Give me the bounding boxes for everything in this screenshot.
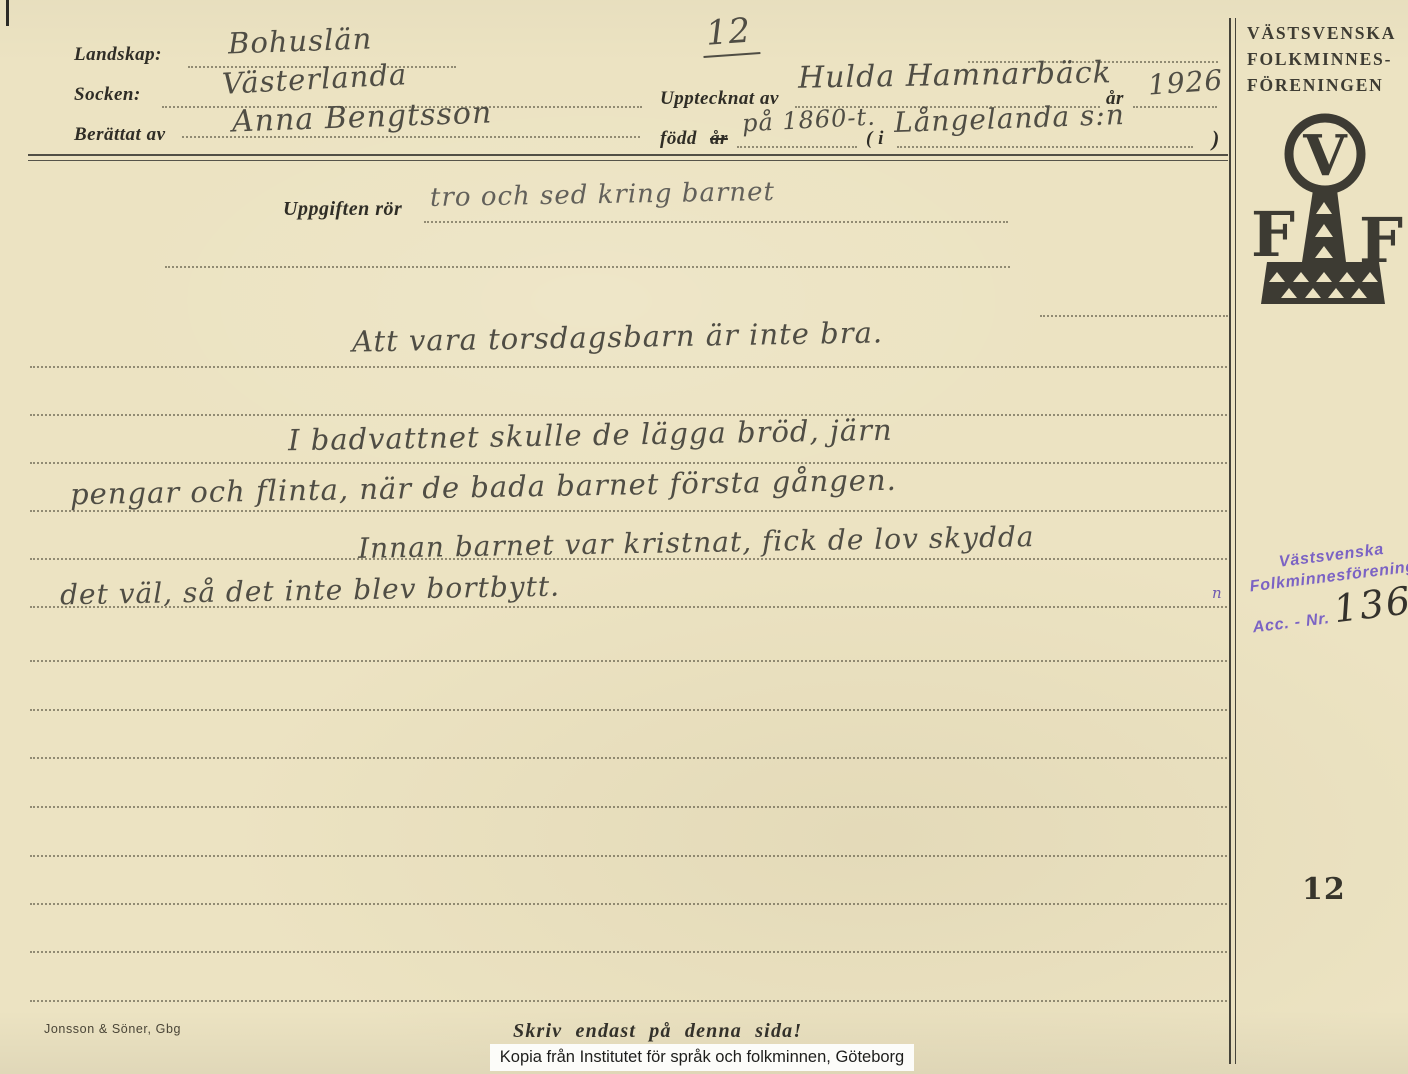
- margin-divider-rule: [1229, 18, 1236, 1064]
- ar-value-handwriting: 1926: [1147, 63, 1224, 101]
- copy-note-strip: Kopia från Institutet för språk och folk…: [490, 1044, 914, 1071]
- paren-close-label: ): [1212, 126, 1220, 152]
- header-divider-rule: [28, 154, 1228, 161]
- berattat-av-label: Berättat av: [74, 124, 166, 146]
- birthplace-value-handwriting: Långelanda s:n: [893, 98, 1125, 139]
- landskap-label: Landskap:: [74, 44, 162, 66]
- fodd-value-handwriting: på 1860-t.: [741, 103, 876, 138]
- ruled-line: [30, 951, 1227, 953]
- ruled-line: [424, 221, 1008, 223]
- ruled-line: [1040, 315, 1228, 317]
- fodd-label: född: [660, 128, 697, 150]
- logo-letter-f-right: F: [1359, 204, 1403, 277]
- stamp-acc-label: Acc. - Nr.: [1252, 610, 1331, 636]
- ruled-line: [30, 366, 1227, 368]
- scan-artifact: [6, 0, 9, 26]
- printer-mark: Jonsson & Söner, Gbg: [44, 1022, 181, 1036]
- ruled-line: [30, 855, 1227, 857]
- org-line-1: VÄSTSVENSKA: [1247, 20, 1396, 46]
- margin-page-number: 12: [1302, 872, 1346, 907]
- body-handwriting-line: Att vara torsdagsbarn är inte bra.: [352, 315, 884, 358]
- upptecknat-value-handwriting: Hulda Hamnarbäck: [798, 55, 1112, 95]
- accession-stamp: Västsvenska Folkminnesföreningen Acc. - …: [1244, 529, 1408, 641]
- ruled-line: [30, 462, 1227, 464]
- ruled-line: [30, 903, 1227, 905]
- ruled-line: [737, 146, 857, 148]
- org-line-3: FÖRENINGEN: [1247, 72, 1396, 98]
- logo-letter-v: V: [1302, 123, 1348, 189]
- ruled-line: [1133, 106, 1217, 108]
- socken-value-handwriting: Västerlanda: [221, 57, 408, 101]
- uppgiften-ror-label: Uppgiften rör: [283, 198, 402, 221]
- ruled-line: [30, 806, 1227, 808]
- ruled-line: [30, 510, 1227, 512]
- logo-letter-f-left: F: [1251, 198, 1295, 271]
- vff-thors-hammer-logo-icon: V F F: [1243, 104, 1403, 316]
- organization-name: VÄSTSVENSKA FOLKMINNES- FÖRENINGEN: [1247, 20, 1396, 98]
- ruled-line: [30, 660, 1227, 662]
- archive-card: Landskap: Socken: Berättat av Bohuslän V…: [0, 0, 1408, 1074]
- body-handwriting-line: I badvattnet skulle de lägga bröd, järn: [288, 413, 893, 458]
- socken-label: Socken:: [74, 84, 141, 106]
- berattat-value-handwriting: Anna Bengtsson: [231, 95, 492, 139]
- fodd-ar-struck-label: år: [710, 128, 728, 150]
- body-handwriting-line: pengar och flinta, när de bada barnet fö…: [70, 463, 897, 511]
- ruled-line: [30, 709, 1227, 711]
- org-line-2: FOLKMINNES-: [1247, 46, 1396, 72]
- ruled-line: [897, 146, 1193, 148]
- ruled-line: [165, 266, 1010, 268]
- stamp-stray-mark: n: [1212, 584, 1222, 602]
- ruled-line: [30, 757, 1227, 759]
- ruled-line: [30, 1000, 1227, 1002]
- subject-value-handwriting: tro och sed kring barnet: [430, 177, 775, 213]
- paren-open-label: ( i: [866, 128, 884, 150]
- ruled-line: [30, 414, 1227, 416]
- page-number-handwriting: 12: [701, 10, 761, 58]
- write-only-instruction: Skriv endast på denna sida!: [513, 1020, 802, 1043]
- landskap-value-handwriting: Bohuslän: [227, 21, 372, 60]
- upptecknat-av-label: Upptecknat av: [660, 88, 779, 110]
- copy-note-text: Kopia från Institutet för språk och folk…: [500, 1048, 904, 1067]
